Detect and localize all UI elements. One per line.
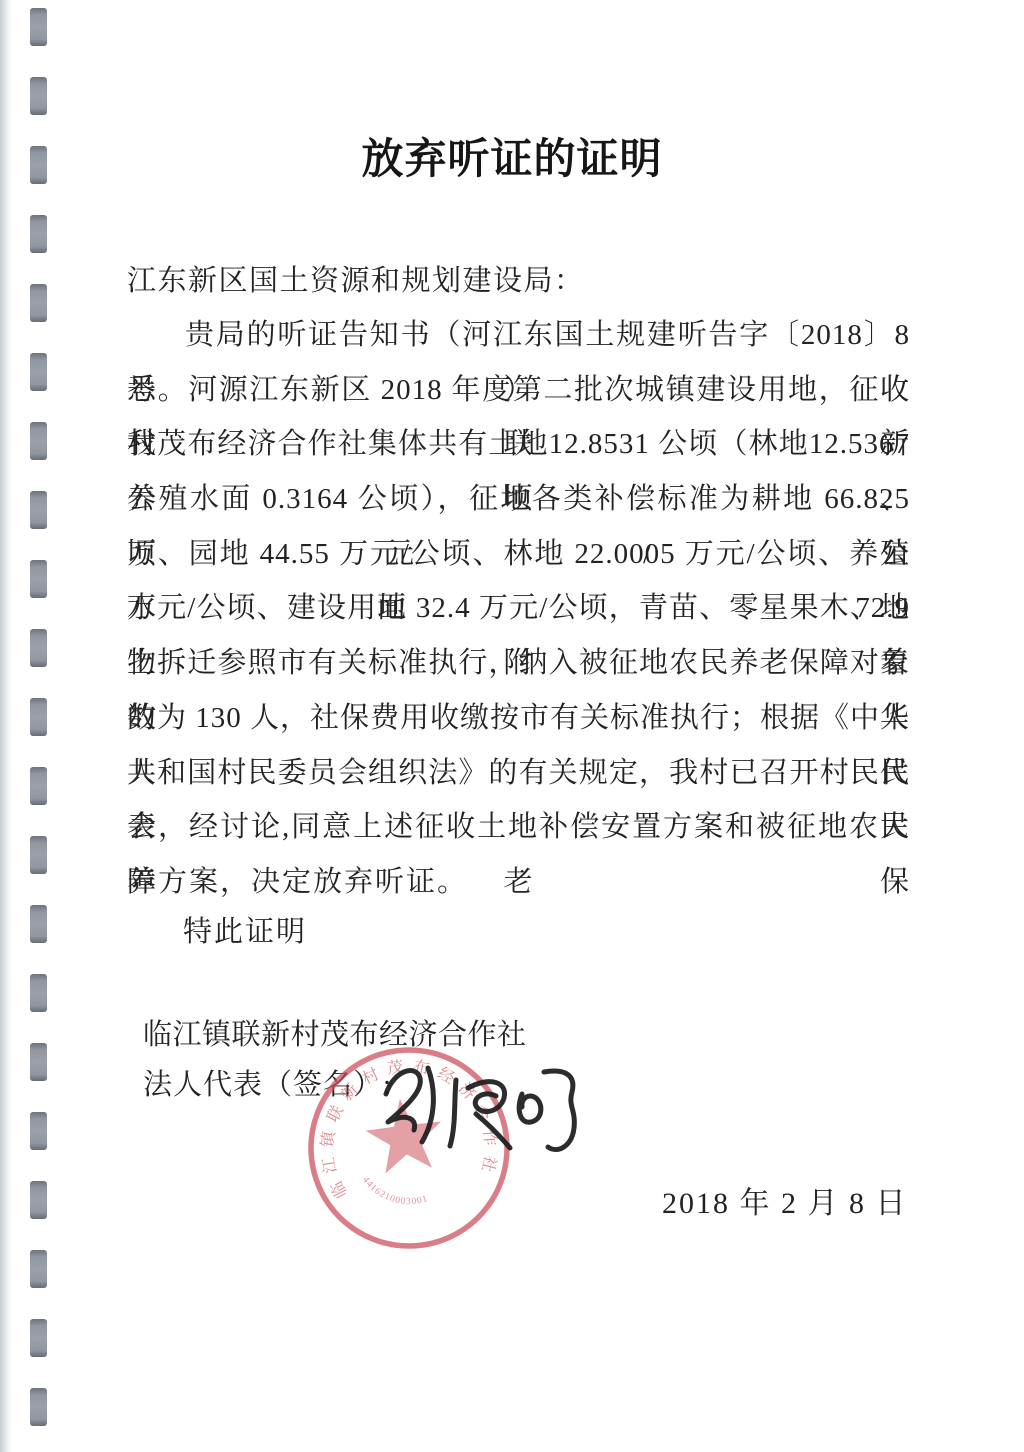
body-line: 物拆迁参照市有关标准执行，纳入被征地农民养老保障对象的人 [127,636,910,691]
binding-holes [30,8,48,1452]
body-line: 村茂布经济合作社集体共有土地12.8531 公顷（林地12.5367 公顷、 [127,417,910,472]
body-line: 会，经讨论,同意上述征收土地补偿安置方案和被征地农民养老保 [127,800,910,855]
body-line: 万元/公顷、建设用地 32.4 万元/公顷，青苗、零星果木、地上附着 [127,581,910,636]
salutation-line: 江东新区国土资源和规划建设局： [127,258,585,299]
body-line: 养殖水面 0.3164 公顷），征地各类补偿标准为耕地 66.825 万元/公 [127,472,910,527]
signature-handwriting [368,1052,578,1164]
scanned-document-page: 放弃听证的证明 江东新区国土资源和规划建设局： 贵局的听证告知书（河江东国土规建… [0,0,1024,1452]
document-title: 放弃听证的证明 [0,126,1024,186]
document-body: 贵局的听证告知书（河江东国土规建听告字〔2018〕8 号）收 悉。河源江东新区 … [127,308,910,910]
closing-phrase: 特此证明 [183,905,307,960]
body-line: 顷、园地 44.55 万元/公顷、林地 22.0005 万元/公顷、养殖水面 7… [127,527,910,582]
document-date: 2018 年 2 月 8 日 [662,1178,908,1222]
body-line: 贵局的听证告知书（河江东国土规建听告字〔2018〕8 号）收 [127,308,910,363]
svg-text:4416210003001: 4416210003001 [359,1168,429,1213]
seal-number: 4416210003001 [359,1168,429,1213]
body-line: 数为 130 人，社保费用收缴按市有关标准执行；根据《中华人民 [127,691,910,746]
body-line: 悉。河源江东新区 2018 年度第二批次城镇建设用地，征收我联新 [127,363,910,418]
page-edge-shadow [0,0,12,1452]
body-line: 共和国村民委员会组织法》的有关规定，我村已召开村民代表大 [127,746,910,801]
